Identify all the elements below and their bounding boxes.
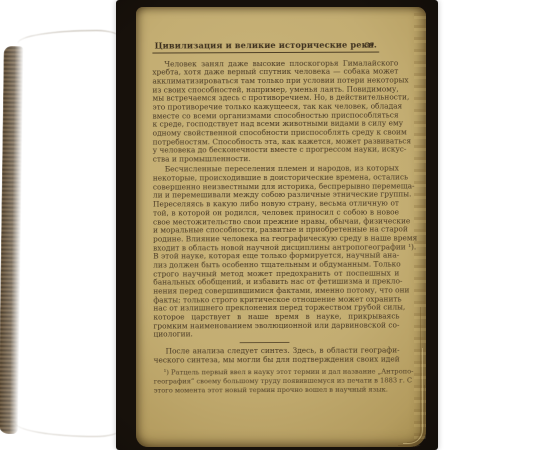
left-page-fore-edge-texture: [0, 46, 24, 434]
footnote: ¹) Ратцель первый ввел в науку этот терм…: [154, 367, 400, 394]
body-paragraph-2: Бесчисленные переселения племен и народо…: [153, 164, 400, 339]
section-divider-rule: [240, 342, 290, 343]
left-page-bottom-edge: [15, 418, 120, 437]
text-line: ства и промышленности.: [153, 154, 399, 164]
book-page: Цивилизация и великие исторические реки.…: [136, 7, 426, 447]
page-text-layer: Цивилизация и великие исторические реки.…: [152, 39, 400, 394]
body-paragraph-3: После анализа следует синтез. Здесь, в о…: [154, 346, 400, 364]
footnote-line: география“ своему большому труду появивш…: [154, 376, 400, 386]
running-header-title: Цивилизация и великие исторические реки.: [152, 39, 379, 50]
running-header: Цивилизация и великие исторические реки.…: [152, 39, 398, 50]
body-paragraph-1: Человек занял даже высокие плоскогорья Г…: [152, 59, 398, 164]
book-dark-background: Цивилизация и великие исторические реки.…: [116, 0, 438, 450]
page-number: 89: [364, 40, 374, 50]
text-line: ческого синтеза, мы могли бы для подтвер…: [154, 354, 400, 364]
footnote-line: ¹) Ратцель первый ввел в науку этот терм…: [154, 367, 400, 377]
book-photo: Цивилизация и великие исторические реки.…: [0, 0, 550, 450]
footnote-line: этого момента этот новый термин прочно в…: [154, 385, 400, 395]
left-page-top-edge: [18, 30, 120, 47]
page-body: Человек занял даже высокие плоскогорья Г…: [152, 59, 399, 395]
header-rule: [152, 51, 379, 54]
text-line: циологии.: [153, 329, 399, 339]
